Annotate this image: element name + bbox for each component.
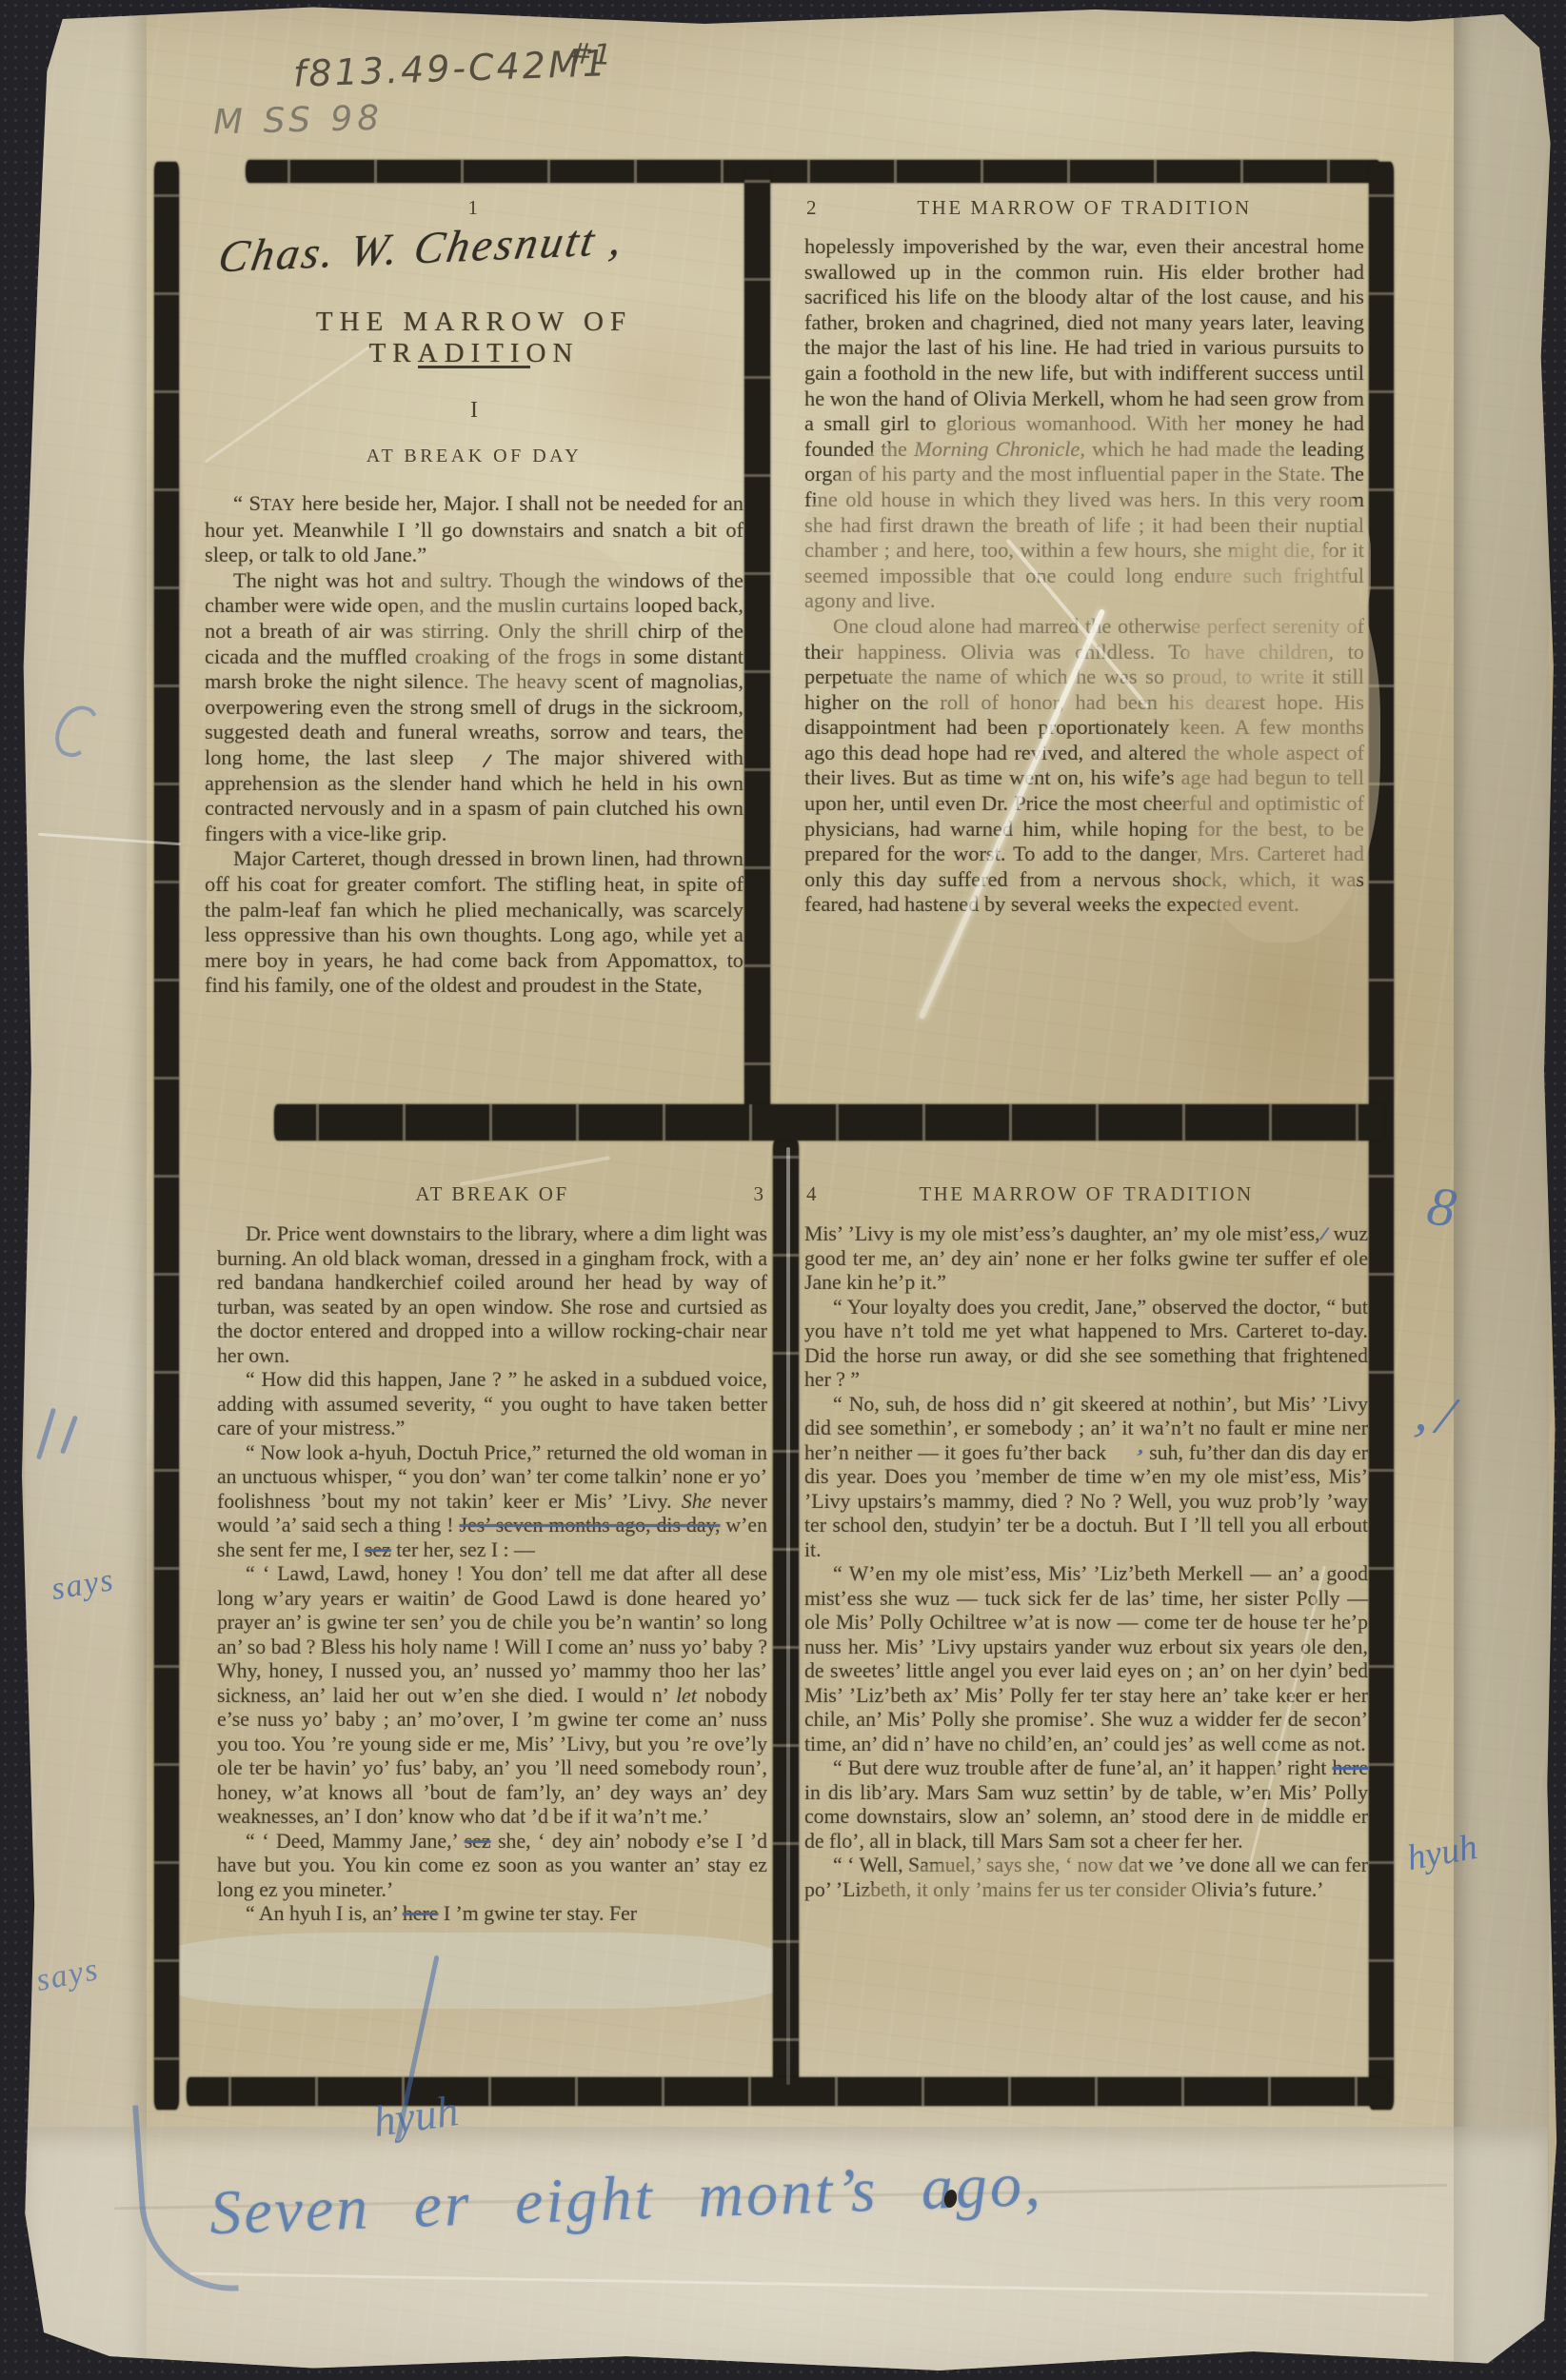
text-run-strike-blue: sez bbox=[465, 1830, 491, 1853]
copy-number: #1 bbox=[568, 37, 611, 72]
fade-patch bbox=[400, 533, 638, 695]
text-run: Dr. Price went downstairs to the library… bbox=[217, 1222, 767, 1367]
running-head: THE MARROW OF TRADITION bbox=[804, 1182, 1368, 1206]
text-run-strike-blue: here bbox=[1332, 1756, 1368, 1779]
text-run-it: let bbox=[676, 1684, 697, 1707]
text-run: “ Your loyalty does you credit, Jane,” o… bbox=[804, 1296, 1368, 1392]
text-run: Mis’ ’Livy is my ole mist’ess’s daughter… bbox=[804, 1222, 1320, 1245]
paragraph: Mis’ ’Livy is my ole mist’ess’s daughter… bbox=[804, 1222, 1368, 1296]
chapter-number: I bbox=[205, 398, 743, 424]
text-run-strike-blue: sez bbox=[365, 1538, 391, 1561]
paragraph: Major Carteret, though dressed in brown … bbox=[205, 846, 743, 999]
text-run: ter her, sez I : — bbox=[391, 1538, 535, 1561]
book-title: THE MARROW OF TRADITION bbox=[205, 307, 743, 369]
paragraph: “ No, suh, de hoss did n’ git skeered at… bbox=[804, 1393, 1368, 1563]
tissue-strip-left bbox=[25, 0, 147, 2380]
paragraph: “ But dere wuz trouble after de fune’al,… bbox=[804, 1756, 1368, 1854]
text-run: “ An hyuh I is, an’ bbox=[246, 1902, 403, 1925]
text-run: “ ‘ Deed, Mammy Jane,’ bbox=[246, 1830, 465, 1853]
text-run-it: She bbox=[682, 1490, 711, 1513]
chapter-title: AT BREAK OF DAY bbox=[205, 446, 743, 467]
accession-number: M SS 98 bbox=[212, 99, 384, 143]
page-number: 3 bbox=[754, 1182, 764, 1206]
printed-border-left bbox=[154, 162, 179, 2110]
printed-border-middle bbox=[274, 1104, 1384, 1140]
text-run-strike-blue: Jes’ seven months ago, dis day, bbox=[460, 1514, 721, 1537]
text-run-ink-slash: / bbox=[453, 742, 493, 775]
paragraph: “ Now look a-hyuh, Doctuh Price,” return… bbox=[217, 1441, 767, 1563]
fade-patch bbox=[1180, 533, 1380, 942]
text-run-sc: TAY bbox=[261, 495, 296, 514]
text-run: “ But dere wuz trouble after de fune’al,… bbox=[833, 1756, 1332, 1779]
paragraph: “ How did this happen, Jane ? ” he asked… bbox=[217, 1368, 767, 1441]
printed-column-divider-top bbox=[744, 168, 770, 1115]
page-3-body: Dr. Price went downstairs to the library… bbox=[217, 1222, 767, 1927]
paragraph: Dr. Price went downstairs to the library… bbox=[217, 1222, 767, 1368]
running-head: THE MARROW OF TRADITION bbox=[804, 196, 1364, 220]
page-4-body: Mis’ ’Livy is my ole mist’ess’s daughter… bbox=[804, 1222, 1368, 1902]
paragraph: “ An hyuh I is, an’ here I ’m gwine ter … bbox=[217, 1902, 767, 1927]
text-run: “ How did this happen, Jane ? ” he asked… bbox=[217, 1368, 767, 1439]
printed-border-top bbox=[246, 160, 1380, 183]
page-number: 1 bbox=[205, 196, 743, 220]
paragraph: “ Your loyalty does you credit, Jane,” o… bbox=[804, 1296, 1368, 1393]
paragraph: “ ‘ Deed, Mammy Jane,’ sez she, ‘ dey ai… bbox=[217, 1830, 767, 1903]
text-run: “ S bbox=[233, 491, 261, 515]
text-run-strike-blue: here bbox=[403, 1902, 439, 1925]
running-head: AT BREAK OF bbox=[217, 1182, 767, 1206]
book-page-3: AT BREAK OF 3 Dr. Price went downstairs … bbox=[217, 1179, 767, 2081]
fade-patch bbox=[857, 1856, 1219, 1971]
paper-fold bbox=[786, 1147, 790, 2085]
title-rule bbox=[418, 366, 530, 368]
scanned-proof-sheet: f813.49-C42M1 #1 M SS 98 Chas. W. Chesnu… bbox=[0, 0, 1566, 2380]
tissue-strip-right bbox=[1454, 0, 1549, 2380]
text-run: I ’m gwine ter stay. Fer bbox=[438, 1902, 637, 1925]
paragraph: “ ‘ Lawd, Lawd, honey ! You don’ tell me… bbox=[217, 1562, 767, 1830]
text-run: in dis lib’ary. Mars Sam wuz settin’ by … bbox=[804, 1781, 1368, 1853]
photograph-background: f813.49-C42M1 #1 M SS 98 Chas. W. Chesnu… bbox=[0, 0, 1566, 2380]
text-run: Major Carteret, though dressed in brown … bbox=[205, 846, 743, 997]
